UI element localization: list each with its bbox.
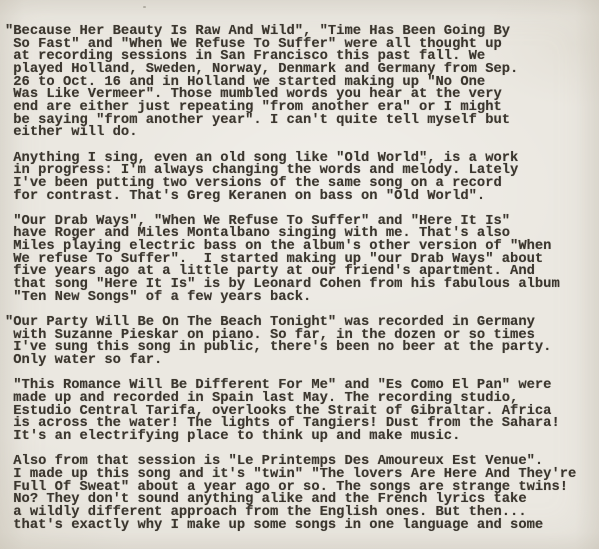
paper-speck (424, 157, 426, 159)
paragraph-spain-recording: "This Romance Will Be Different For Me" … (5, 380, 599, 443)
liner-notes-page: "Because Her Beauty Is Raw And Wild", "T… (0, 0, 599, 549)
paper-speck (508, 341, 510, 343)
paper-speck (143, 6, 146, 8)
paragraph-old-world: Anything I sing, even an old song like "… (5, 153, 599, 204)
paragraph-our-drab-ways: "Our Drab Ways", "When We Refuse To Suff… (5, 216, 599, 305)
paragraph-le-printemps: Also from that session is "Le Printemps … (5, 456, 599, 532)
paragraph-sf-sessions: "Because Her Beauty Is Raw And Wild", "T… (5, 26, 599, 140)
